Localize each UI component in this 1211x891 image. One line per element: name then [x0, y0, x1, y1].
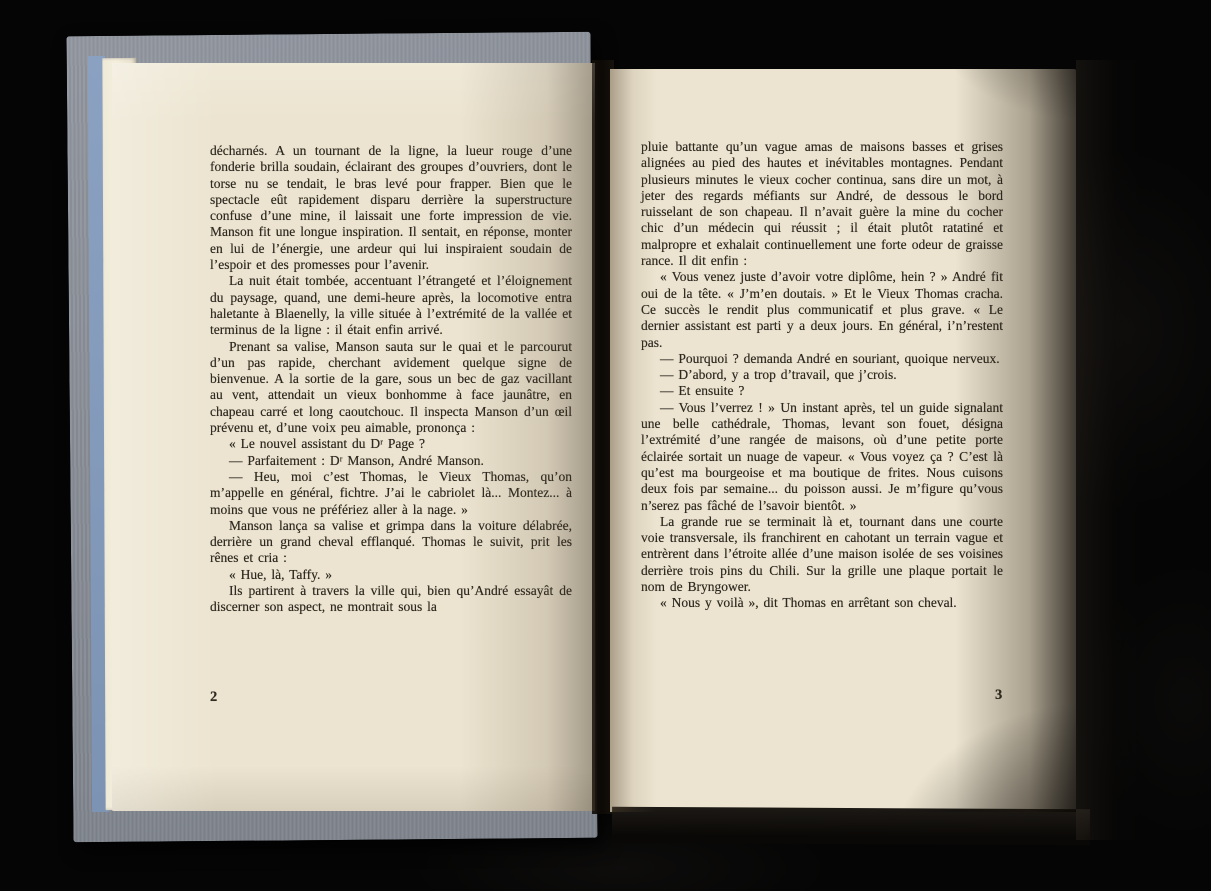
- paragraph: pluie battante qu’un vague amas de maiso…: [641, 139, 1003, 269]
- right-page: pluie battante qu’un vague amas de maiso…: [610, 69, 1076, 812]
- paragraph: « Hue, là, Taffy. »: [210, 567, 572, 583]
- right-page-number: 3: [995, 687, 1002, 704]
- paragraph: — Parfaitement : Dʳ Manson, André Manson…: [210, 453, 572, 469]
- book-cover-right-shadow: [612, 807, 1090, 846]
- photo-background: décharnés. A un tournant de la ligne, la…: [0, 0, 1211, 891]
- paragraph: La grande rue se terminait là et, tourna…: [641, 514, 1003, 595]
- paragraph: « Vous venez juste d’avoir votre diplôme…: [641, 269, 1003, 350]
- paragraph: — Vous l’verrez ! » Un instant après, te…: [641, 400, 1003, 514]
- left-page-number: 2: [210, 689, 217, 706]
- paragraph: Prenant sa valise, Manson sauta sur le q…: [210, 339, 572, 437]
- paragraph: « Nous y voilà », dit Thomas en arrêtant…: [641, 595, 1003, 611]
- paragraph: — Pourquoi ? demanda André en souriant, …: [641, 351, 1003, 367]
- paragraph: « Le nouvel assistant du Dʳ Page ?: [210, 436, 572, 452]
- left-page: décharnés. A un tournant de la ligne, la…: [112, 63, 595, 811]
- paragraph: — D’abord, y a trop d’travail, que j’cro…: [641, 367, 1003, 383]
- paragraph: La nuit était tombée, accentuant l’étran…: [210, 273, 572, 338]
- fore-edge-shadow: [1076, 60, 1140, 840]
- paragraph: — Heu, moi c’est Thomas, le Vieux Thomas…: [210, 469, 572, 518]
- paragraph: — Et ensuite ?: [641, 383, 1003, 399]
- paragraph: Manson lança sa valise et grimpa dans la…: [210, 518, 572, 567]
- paragraph: décharnés. A un tournant de la ligne, la…: [210, 143, 572, 273]
- left-page-text: décharnés. A un tournant de la ligne, la…: [210, 143, 572, 616]
- paragraph: Ils partirent à travers la ville qui, bi…: [210, 583, 572, 616]
- right-page-text: pluie battante qu’un vague amas de maiso…: [641, 139, 1003, 612]
